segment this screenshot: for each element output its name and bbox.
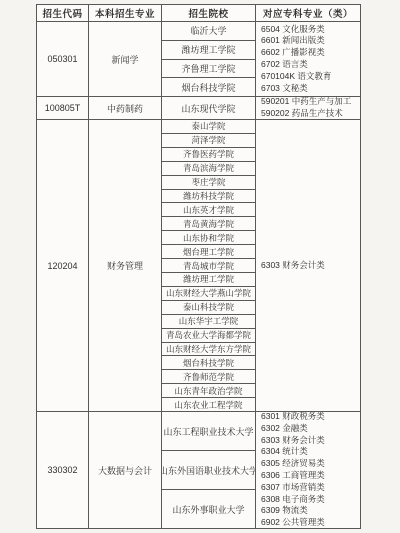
institution-cell: 泰山科技学院 <box>162 301 255 315</box>
institution-cell: 青岛黄海学院 <box>162 217 255 231</box>
institution-cell: 菏泽学院 <box>162 134 255 148</box>
institution-cell: 山东协和学院 <box>162 231 255 245</box>
institution-cell: 临沂大学 <box>162 22 255 41</box>
institution-cell: 山东外事职业大学 <box>162 490 255 528</box>
institution-cell: 潍坊科技学院 <box>162 190 255 204</box>
undergrad-major-cell: 新闻学 <box>89 22 162 96</box>
institution-cell: 山东外国语职业技术大学 <box>162 451 255 490</box>
specialty-line: 590201 中药生产与加工 <box>261 97 351 108</box>
institution-cell: 山东英才学院 <box>162 203 255 217</box>
institution-cell: 山东财经大学燕山学院 <box>162 287 255 301</box>
specialty-line: 6303 财务会计类 <box>261 260 325 272</box>
table-row: 120204 财务管理 泰山学院 菏泽学院 齐鲁医药学院 青岛滨海学院 枣庄学院… <box>37 120 360 412</box>
specialty-line: 6306 工商管理类 <box>261 470 325 482</box>
specialty-line: 6305 经济贸易类 <box>261 458 325 470</box>
institution-list-cell: 山东现代学院 <box>162 97 256 119</box>
institution-cell: 山东财经大学东方学院 <box>162 343 255 357</box>
specialty-line: 6602 广播影视类 <box>261 47 325 59</box>
specialty-line: 670104K 语文教育 <box>261 71 331 83</box>
specialty-line: 6304 统计类 <box>261 446 308 458</box>
institution-cell: 青岛滨海学院 <box>162 162 255 176</box>
specialty-line: 590202 药品生产技术 <box>261 108 343 119</box>
specialty-line: 6703 文秘类 <box>261 83 308 95</box>
specialty-list-cell: 590201 中药生产与加工 590202 药品生产技术 <box>256 97 360 119</box>
institution-cell: 烟台科技学院 <box>162 78 255 96</box>
institution-cell: 烟台理工学院 <box>162 245 255 259</box>
specialty-line: 6302 金融类 <box>261 423 308 435</box>
institution-cell: 齐鲁师范学院 <box>162 370 255 384</box>
header-institution: 招生院校 <box>162 5 256 21</box>
specialty-line: 6307 市场营销类 <box>261 482 325 494</box>
enrollment-code-cell: 330302 <box>37 412 89 528</box>
institution-list-cell: 泰山学院 菏泽学院 齐鲁医药学院 青岛滨海学院 枣庄学院 潍坊科技学院 山东英才… <box>162 120 256 411</box>
institution-cell: 枣庄学院 <box>162 176 255 190</box>
undergrad-major-cell: 财务管理 <box>89 120 162 411</box>
institution-cell: 潍坊理工学院 <box>162 41 255 60</box>
enrollment-code-cell: 100805T <box>37 97 89 119</box>
table-header-row: 招生代码 本科招生专业 招生院校 对应专科专业（类） <box>37 5 360 22</box>
institution-list-cell: 临沂大学 潍坊理工学院 齐鲁理工学院 烟台科技学院 <box>162 22 256 96</box>
institution-cell: 山东青年政治学院 <box>162 384 255 398</box>
specialty-line: 6702 语言类 <box>261 59 308 71</box>
institution-cell: 山东现代学院 <box>162 97 255 119</box>
undergrad-major-cell: 中药制药 <box>89 97 162 119</box>
specialty-list-cell: 6301 财政税务类 6302 金融类 6303 财务会计类 6304 统计类 … <box>256 412 360 528</box>
specialty-line: 6309 物流类 <box>261 505 308 517</box>
table-row: 050301 新闻学 临沂大学 潍坊理工学院 齐鲁理工学院 烟台科技学院 650… <box>37 22 360 97</box>
institution-cell: 山东华宇工学院 <box>162 315 255 329</box>
admissions-table: 招生代码 本科招生专业 招生院校 对应专科专业（类） 050301 新闻学 临沂… <box>36 4 361 529</box>
institution-cell: 潍坊理工学院 <box>162 273 255 287</box>
institution-cell: 烟台科技学院 <box>162 356 255 370</box>
specialty-line: 6504 文化服务类 <box>261 24 325 36</box>
specialty-line: 6308 电子商务类 <box>261 494 325 506</box>
table-row: 100805T 中药制药 山东现代学院 590201 中药生产与加工 59020… <box>37 97 360 120</box>
specialty-line: 6301 财政税务类 <box>261 412 325 423</box>
specialty-list-cell: 6504 文化服务类 6601 新闻出版类 6602 广播影视类 6702 语言… <box>256 22 360 96</box>
enrollment-code-cell: 120204 <box>37 120 89 411</box>
header-enrollment-code: 招生代码 <box>37 5 89 21</box>
institution-list-cell: 山东工程职业技术大学 山东外国语职业技术大学 山东外事职业大学 <box>162 412 256 528</box>
institution-cell: 齐鲁医药学院 <box>162 148 255 162</box>
undergrad-major-cell: 大数据与会计 <box>89 412 162 528</box>
specialty-line: 6303 财务会计类 <box>261 435 325 447</box>
specialty-line: 6902 公共管理类 <box>261 517 325 528</box>
enrollment-code-cell: 050301 <box>37 22 89 96</box>
institution-cell: 泰山学院 <box>162 120 255 134</box>
institution-cell: 山东工程职业技术大学 <box>162 412 255 451</box>
specialty-list-cell: 6303 财务会计类 <box>256 120 360 411</box>
header-corresponding-specialty: 对应专科专业（类） <box>256 5 360 21</box>
table-row: 330302 大数据与会计 山东工程职业技术大学 山东外国语职业技术大学 山东外… <box>37 412 360 528</box>
institution-cell: 齐鲁理工学院 <box>162 60 255 79</box>
institution-cell: 山东农业工程学院 <box>162 398 255 411</box>
specialty-line: 6601 新闻出版类 <box>261 35 325 47</box>
header-undergrad-major: 本科招生专业 <box>89 5 162 21</box>
institution-cell: 青岛农业大学海都学院 <box>162 329 255 343</box>
institution-cell: 青岛城市学院 <box>162 259 255 273</box>
